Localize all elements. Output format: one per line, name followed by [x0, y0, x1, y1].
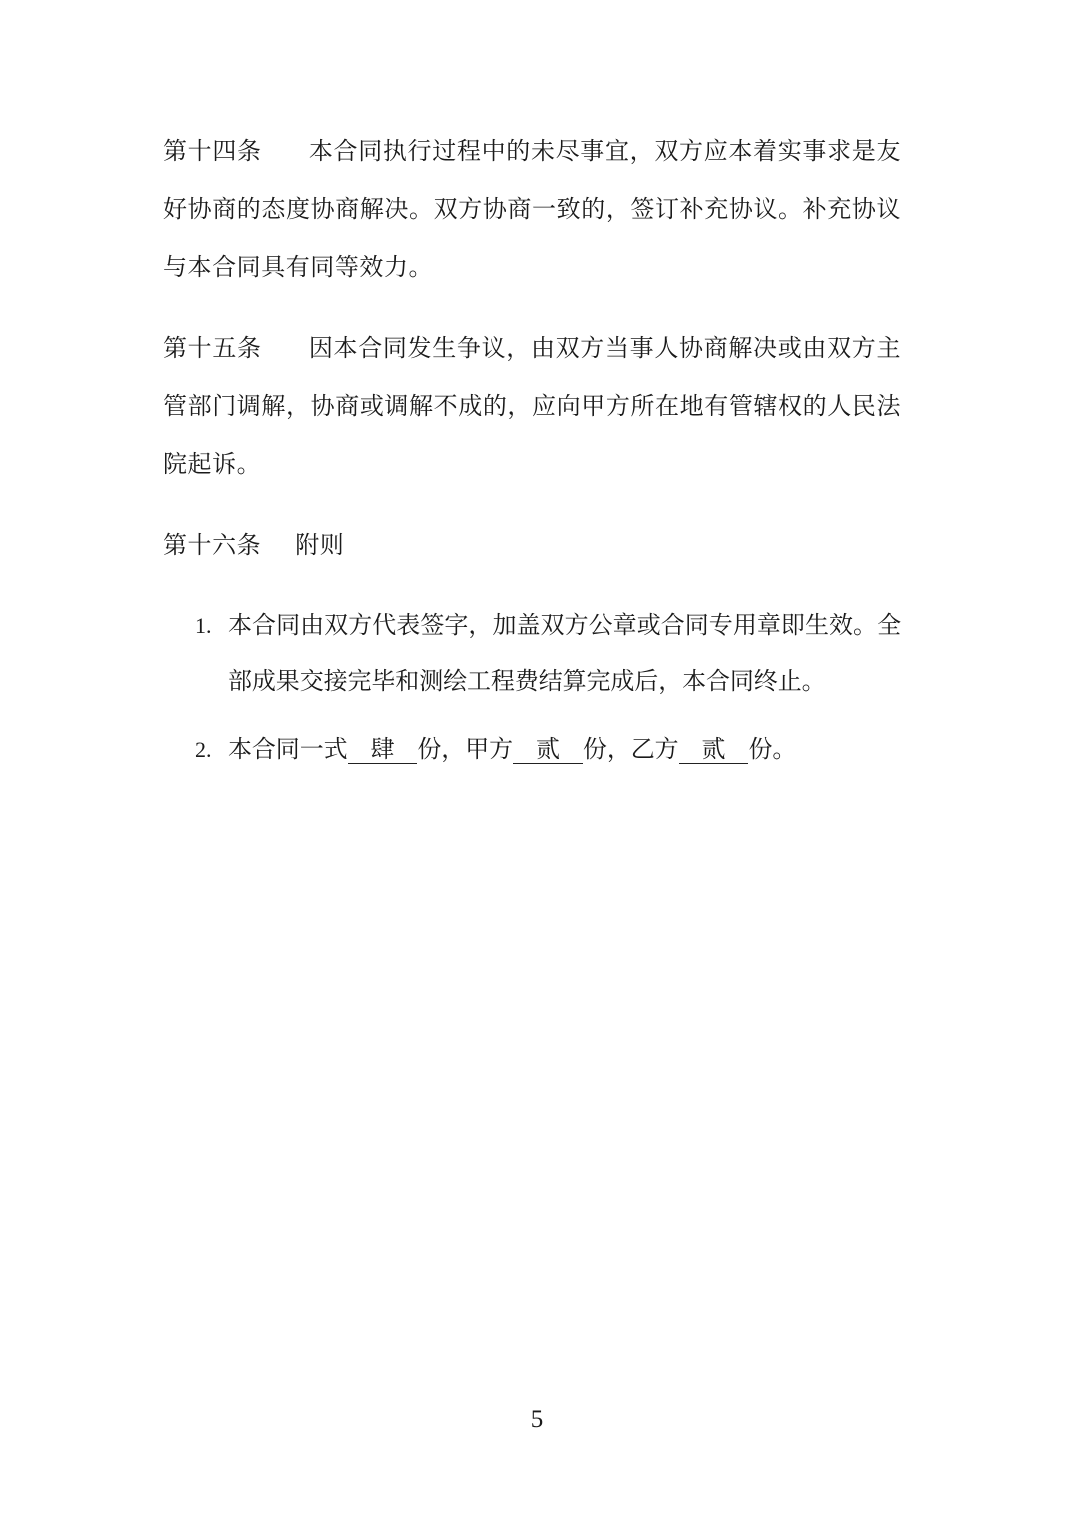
article-16-numbered-list: 1. 本合同由双方代表签字，加盖双方公章或合同专用章即生效。全部成果交接完毕和测… [163, 598, 901, 778]
list-item-2: 2. 本合同一式肆份，甲方贰份，乙方贰份。 [163, 722, 901, 778]
blank-total-copies: 肆 [348, 737, 418, 764]
blank-party-a-copies: 贰 [513, 737, 583, 764]
article-14-heading: 第十四条 [163, 139, 262, 165]
list-item-1-text: 本合同由双方代表签字，加盖双方公章或合同专用章即生效。全部成果交接完毕和测绘工程… [228, 598, 901, 710]
article-14-paragraph: 第十四条本合同执行过程中的未尽事宜，双方应本着实事求是友好协商的态度协商解决。双… [163, 123, 901, 297]
list-item-2-text: 本合同一式肆份，甲方贰份，乙方贰份。 [228, 722, 901, 778]
tab-spacer [262, 158, 309, 159]
article-14-text: 本合同执行过程中的未尽事宜，双方应本着实事求是友好协商的态度协商解决。双方协商一… [163, 139, 901, 281]
page-footer: 5 [0, 1403, 1074, 1437]
article-15-paragraph: 第十五条因本合同发生争议，由双方当事人协商解决或由双方主管部门调解，协商或调解不… [163, 320, 901, 494]
tab-spacer [262, 355, 309, 356]
article-15-heading: 第十五条 [163, 336, 262, 362]
article-15-text: 因本合同发生争议，由双方当事人协商解决或由双方主管部门调解，协商或调解不成的，应… [163, 336, 901, 478]
copies-closing-text: 份。 [748, 737, 796, 763]
contract-body: 第十四条本合同执行过程中的未尽事宜，双方应本着实事求是友好协商的态度协商解决。双… [163, 123, 901, 790]
blank-party-b-copies: 贰 [679, 737, 749, 764]
party-a-copies-text: 份，甲方 [417, 737, 513, 763]
party-b-copies-text: 份，乙方 [583, 737, 679, 763]
copies-intro-text: 本合同一式 [228, 737, 348, 763]
list-item-1: 1. 本合同由双方代表签字，加盖双方公章或合同专用章即生效。全部成果交接完毕和测… [163, 598, 901, 710]
article-16-paragraph: 第十六条附则 [163, 517, 901, 575]
list-item-2-number: 2. [195, 722, 228, 778]
list-item-1-number: 1. [195, 598, 228, 654]
article-16-text: 附则 [295, 533, 344, 559]
document-page: { "page": { "number": "5", "background_c… [0, 0, 1074, 1520]
article-16-heading: 第十六条 [163, 533, 261, 559]
tab-spacer [261, 552, 295, 553]
page-number: 5 [531, 1406, 544, 1433]
